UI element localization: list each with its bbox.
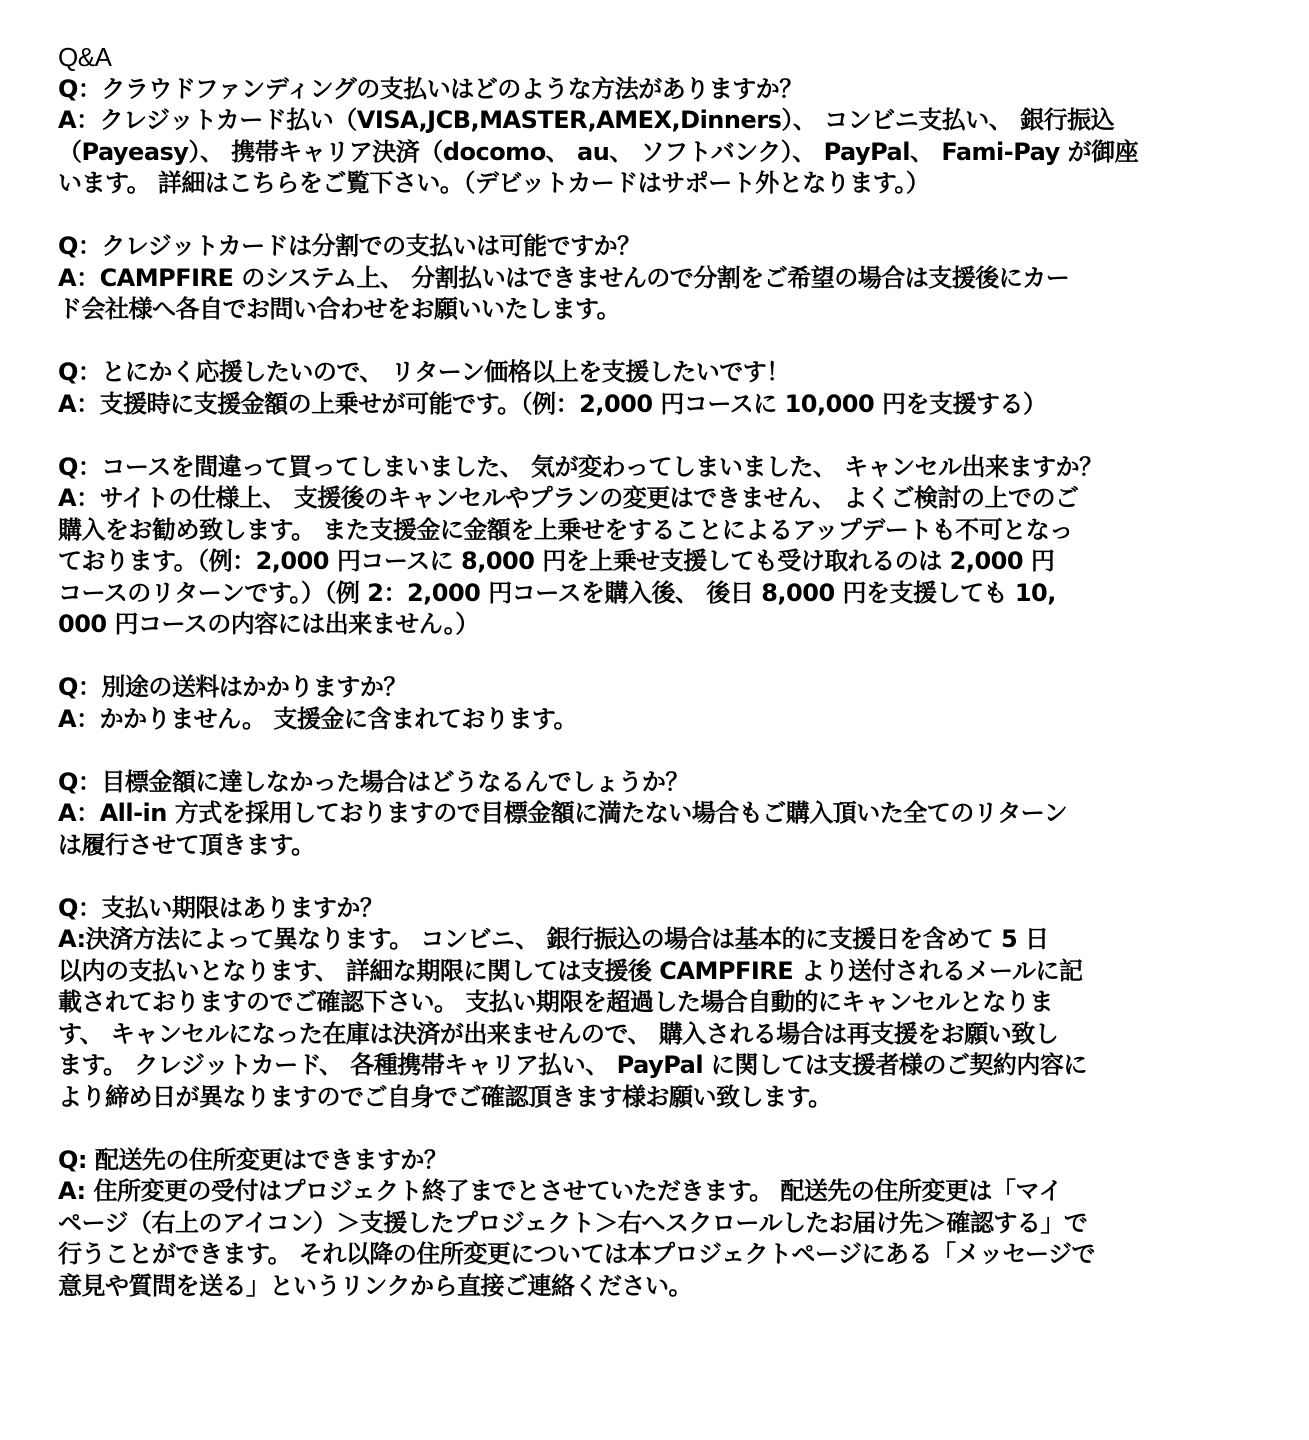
faq-item: Q：コースを間違って買ってしまいました、 気が変わってしまいました、 キャンセル… — [58, 452, 1268, 641]
faq-answer-line: A：CAMPFIRE のシステム上、 分割払いはできませんので分割をご希望の場合… — [58, 263, 1268, 295]
faq-question: Q：クラウドファンディングの支払いはどのような方法がありますか？ — [58, 74, 1268, 106]
faq-answer-line: より締め日が異なりますのでご自身でご確認頂きます様お願い致します。 — [58, 1082, 1268, 1114]
faq-item: Q：とにかく応援したいので、 リターン価格以上を支援したいです！A：支援時に支援… — [58, 357, 1268, 420]
faq-question: Q：クレジットカードは分割での支払いは可能ですか？ — [58, 231, 1268, 263]
faq-question: Q：とにかく応援したいので、 リターン価格以上を支援したいです！ — [58, 357, 1268, 389]
faq-answer-line: A:決済方法によって異なります。 コンビニ、 銀行振込の場合は基本的に支援日を含… — [58, 924, 1268, 956]
faq-answer-line: 意見や質問を送る」というリンクから直接ご連絡ください。 — [58, 1271, 1268, 1303]
faq-answer-line: ております。（例：2,000 円コースに 8,000 円を上乗せ支援しても受け取… — [58, 546, 1268, 578]
faq-answer-line: A：サイトの仕様上、 支援後のキャンセルやプランの変更はできません、 よくご検討… — [58, 483, 1268, 515]
faq-answer-line: 以内の支払いとなります、 詳細な期限に関しては支援後 CAMPFIRE より送付… — [58, 956, 1268, 988]
faq-answer-line: 行うことができます。 それ以降の住所変更については本プロジェクトページにある「メ… — [58, 1239, 1268, 1271]
faq-answer-line: 載されておりますのでご確認下さい。 支払い期限を超過した場合自動的にキャンセルと… — [58, 987, 1268, 1019]
faq-item: Q: 配送先の住所変更はできますか？A: 住所変更の受付はプロジェクト終了までと… — [58, 1145, 1268, 1303]
faq-answer-line: ます。 クレジットカード、 各種携帯キャリア払い、 PayPal に関しては支援… — [58, 1050, 1268, 1082]
faq-answer-line: 購入をお勧め致します。 また支援金に金額を上乗せをすることによるアップデートも不… — [58, 515, 1268, 547]
faq-item: Q：クラウドファンディングの支払いはどのような方法がありますか？A：クレジットカ… — [58, 74, 1268, 200]
faq-answer-line: 000 円コースの内容には出来ません。） — [58, 609, 1268, 641]
page-title: Q&A — [58, 42, 1268, 74]
faq-answer-line: ド会社様へ各自でお問い合わせをお願いいたします。 — [58, 294, 1268, 326]
faq-item: Q：別途の送料はかかりますか？A：かかりません。 支援金に含まれております。 — [58, 672, 1268, 735]
faq-answer-line: A：かかりません。 支援金に含まれております。 — [58, 704, 1268, 736]
faq-answer-line: ページ（右上のアイコン）＞支援したプロジェクト＞右へスクロールしたお届け先＞確認… — [58, 1208, 1268, 1240]
faq-answer-line: す、 キャンセルになった在庫は決済が出来ませんので、 購入される場合は再支援をお… — [58, 1019, 1268, 1051]
faq-list: Q：クラウドファンディングの支払いはどのような方法がありますか？A：クレジットカ… — [58, 74, 1268, 1303]
faq-question: Q：支払い期限はありますか？ — [58, 893, 1268, 925]
faq-answer-line: コースのリターンです。）（例 2：2,000 円コースを購入後、 後日 8,00… — [58, 578, 1268, 610]
faq-question: Q：目標金額に達しなかった場合はどうなるんでしょうか？ — [58, 767, 1268, 799]
faq-answer-line: （Payeasy）、 携帯キャリア決済（docomo、 au、 ソフトバンク）、… — [58, 137, 1268, 169]
faq-item: Q：クレジットカードは分割での支払いは可能ですか？A：CAMPFIRE のシステ… — [58, 231, 1268, 326]
faq-answer-line: A：クレジットカード払い（VISA,JCB,MASTER,AMEX,Dinner… — [58, 105, 1268, 137]
faq-document: Q&A Q：クラウドファンディングの支払いはどのような方法がありますか？A：クレ… — [58, 42, 1268, 1334]
faq-answer-line: A：支援時に支援金額の上乗せが可能です。（例：2,000 円コースに 10,00… — [58, 389, 1268, 421]
faq-item: Q：目標金額に達しなかった場合はどうなるんでしょうか？A：All-in 方式を採… — [58, 767, 1268, 862]
faq-question: Q：コースを間違って買ってしまいました、 気が変わってしまいました、 キャンセル… — [58, 452, 1268, 484]
faq-question: Q: 配送先の住所変更はできますか？ — [58, 1145, 1268, 1177]
faq-answer-line: A: 住所変更の受付はプロジェクト終了までとさせていただきます。 配送先の住所変… — [58, 1176, 1268, 1208]
faq-answer-line: A：All-in 方式を採用しておりますので目標金額に満たない場合もご購入頂いた… — [58, 798, 1268, 830]
faq-answer-line: います。 詳細はこちらをご覧下さい。（デビットカードはサポート外となります。） — [58, 168, 1268, 200]
faq-answer-line: は履行させて頂きます。 — [58, 830, 1268, 862]
faq-question: Q：別途の送料はかかりますか？ — [58, 672, 1268, 704]
faq-item: Q：支払い期限はありますか？A:決済方法によって異なります。 コンビニ、 銀行振… — [58, 893, 1268, 1114]
